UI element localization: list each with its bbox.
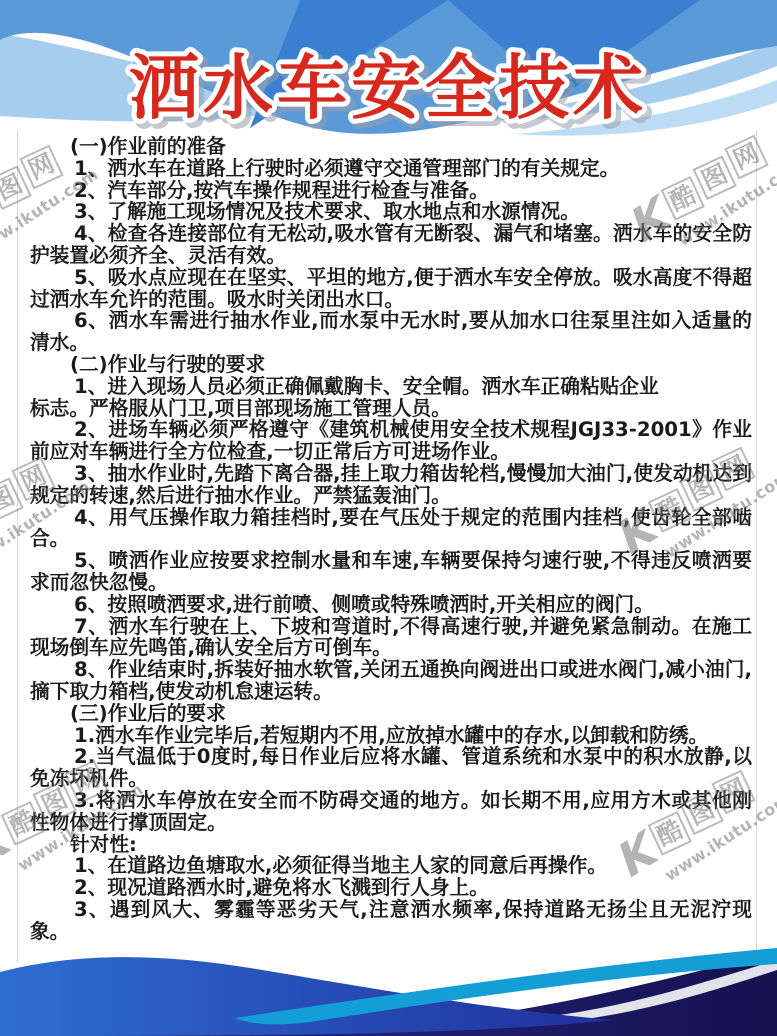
safety-rule-item: 8、作业结束时,拆装好抽水软管,关闭五通换向阀进出口或进水阀门,减小油门,摘下取… xyxy=(30,659,752,703)
page-edge-line-right xyxy=(756,130,757,962)
page-edge-line-left xyxy=(17,130,18,962)
safety-rule-item: 1、在道路边鱼塘取水,必须征得当地主人家的同意后再操作。 xyxy=(30,855,752,877)
safety-rule-item: 7、洒水车行驶在上、下坡和弯道时,不得高速行驶,并避免紧急制动。在施工现场倒车应… xyxy=(30,616,752,660)
safety-rule-item: 4、检查各连接部位有无松动,吸水管有无断裂、漏气和堵塞。洒水车的安全防护装置必须… xyxy=(30,223,752,267)
safety-rule-item: 3、抽水作业时,先踏下离合器,挂上取力箱齿轮档,慢慢加大油门,使发动机达到规定的… xyxy=(30,463,752,507)
safety-rule-item: 2、汽车部分,按汽车操作规程进行检查与准备。 xyxy=(30,180,752,202)
ikutu-logo-k: K xyxy=(0,812,13,876)
safety-rule-item: 3.将洒水车停放在安全而不防碍交通的地方。如长期不用,应用方木或其他刚性物体进行… xyxy=(30,790,752,834)
poster-title: 洒水车安全技术 xyxy=(129,47,647,129)
safety-rule-item: 1、进入现场人员必须正确佩戴胸卡、安全帽。洒水车正确粘贴企业 标志。严格服从门卫… xyxy=(30,376,752,420)
section-heading: 针对性: xyxy=(30,834,752,856)
section-heading: (二)作业与行驶的要求 xyxy=(30,354,752,376)
safety-rule-item: 3、了解施工现场情况及技术要求、取水地点和水源情况。 xyxy=(30,201,752,223)
poster-body: (一)作业前的准备1、洒水车在道路上行驶时必须遵守交通管理部门的有关规定。2、汽… xyxy=(30,136,752,942)
safety-rule-item: 1、洒水车在道路上行驶时必须遵守交通管理部门的有关规定。 xyxy=(30,158,752,180)
safety-rule-item: 2、进场车辆必须严格遵守《建筑机械使用安全技术规程JGJ33-2001》作业前应… xyxy=(30,419,752,463)
safety-rule-item: 2.当气温低于0度时,每日作业后应将水罐、管道系统和水泵中的积水放静,以免冻坏机… xyxy=(30,746,752,790)
ikutu-logo-char: 图 xyxy=(0,478,23,522)
section-heading: (一)作业前的准备 xyxy=(30,136,752,158)
safety-poster: 洒水车安全技术 洒水车安全技术 (一)作业前的准备1、洒水车在道路上行驶时必须遵… xyxy=(0,0,777,1036)
safety-rule-item: 5、吸水点应现在在坚实、平坦的地方,便于洒水车安全停放。吸水高度不得超过洒水车允… xyxy=(30,267,752,311)
section-heading: (三)作业后的要求 xyxy=(30,703,752,725)
ikutu-logo-char: 图 xyxy=(0,166,31,210)
safety-rule-item: 6、按照喷洒要求,进行前喷、侧喷或特殊喷洒时,开关相应的阀门。 xyxy=(30,594,752,616)
footer-wave-decoration xyxy=(0,926,777,1036)
safety-rule-item: 5、喷洒作业应按要求控制水量和车速,车辆要保持匀速行驶,不得违反喷洒要求而忽快忽… xyxy=(30,550,752,594)
safety-rule-item: 6、洒水车需进行抽水作业,而水泵中无水时,要从加水口往泵里注如入适量的清水。 xyxy=(30,310,752,354)
safety-rule-item: 1.洒水车作业完毕后,若短期内不用,应放掉水罐中的存水,以卸载和防绣。 xyxy=(30,725,752,747)
safety-rule-item: 4、用气压操作取力箱挂档时,要在气压处于规定的范围内挂档,使齿轮全部啮合。 xyxy=(30,507,752,551)
safety-rule-item: 2、现况道路洒水时,避免将水飞溅到行人身上。 xyxy=(30,877,752,899)
